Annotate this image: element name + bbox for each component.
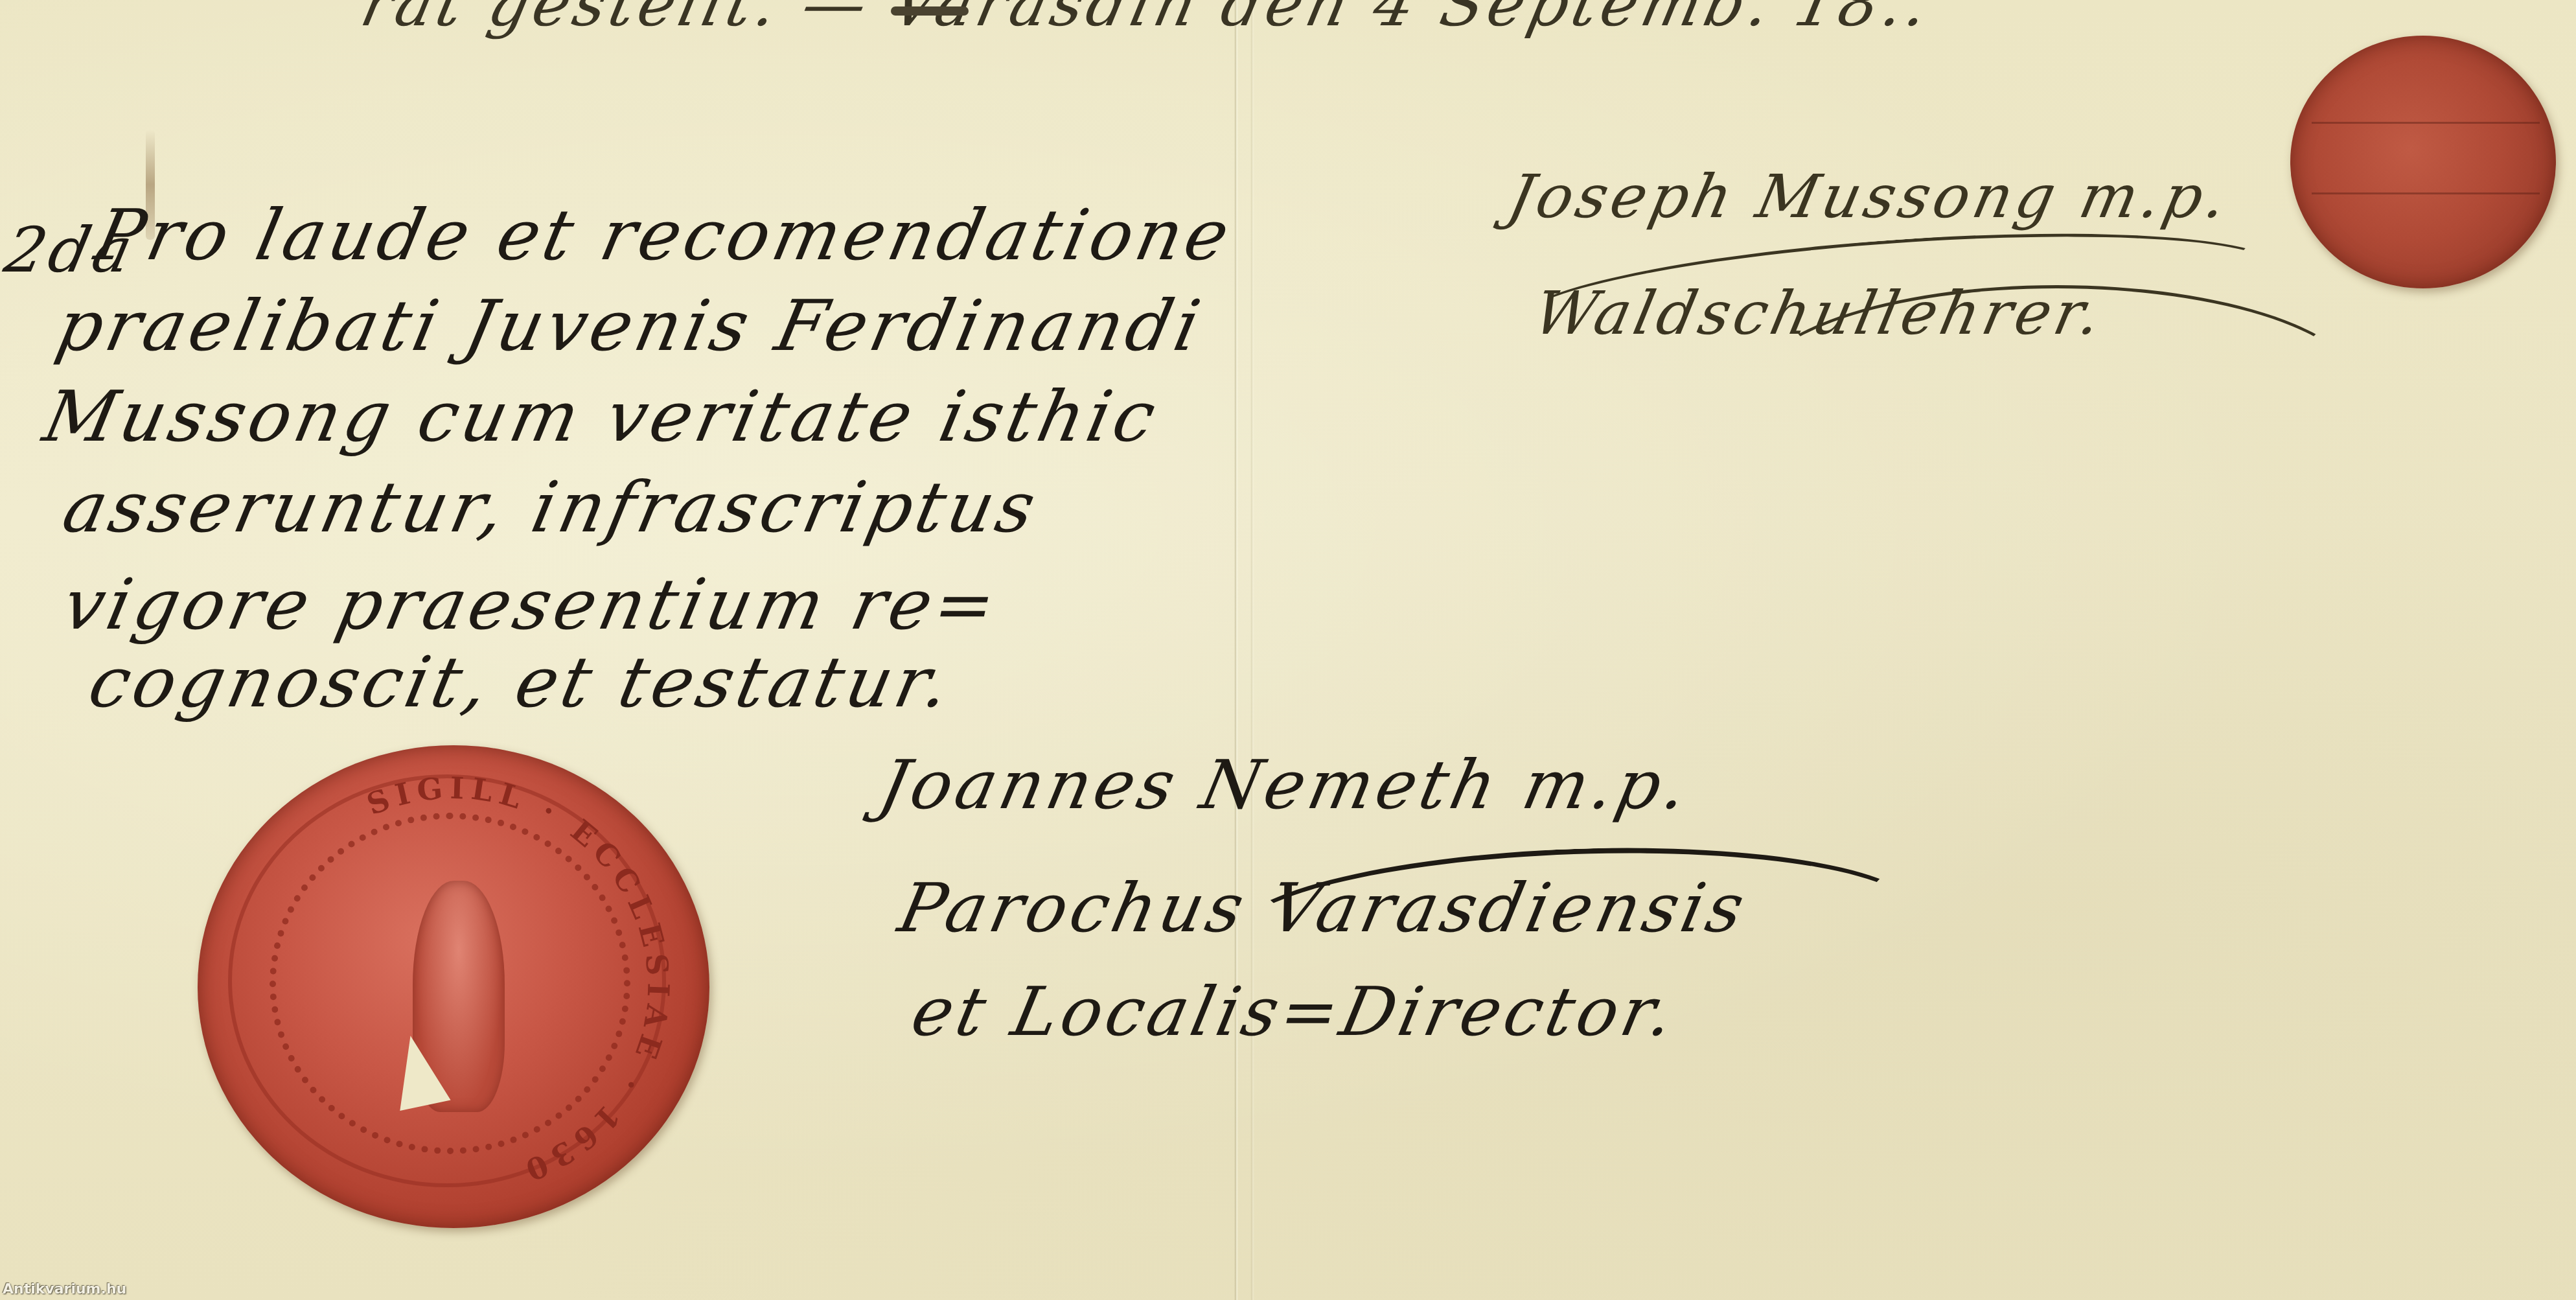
signature-flourish xyxy=(1749,285,2365,499)
body-line: Pro laude et recomendatione xyxy=(90,201,1239,271)
signature-name: Joseph Mussong m.p. xyxy=(1502,162,2237,231)
watermark: Antikvarium.hu xyxy=(3,1281,126,1297)
seal-band xyxy=(2312,122,2540,124)
paper-fold-line xyxy=(1250,0,1254,1300)
body-line: asseruntur, infrascriptus xyxy=(58,473,1045,543)
svg-text:SIGILL · ECCLESIAE · 1630: SIGILL · ECCLESIAE · 1630 xyxy=(362,770,676,1190)
body-line: praelibati Juvenis Ferdinandi xyxy=(51,292,1210,362)
body-line: vigore praesentium re= xyxy=(58,570,1006,640)
body-line: Mussong cum veritate isthic xyxy=(38,382,1165,452)
top-fragment-text: rat gestellt. — Varasdin den 4 Septemb. … xyxy=(355,0,1938,40)
dash-stroke xyxy=(891,6,969,16)
seal-band xyxy=(2312,192,2540,194)
wax-seal-top-right xyxy=(2290,36,2556,288)
signature-name: Joannes Nemeth m.p. xyxy=(873,745,1698,824)
wax-seal-bottom-left: SIGILL · ECCLESIAE · 1630 xyxy=(198,745,709,1228)
body-line: cognoscit, et testatur. xyxy=(84,648,960,718)
